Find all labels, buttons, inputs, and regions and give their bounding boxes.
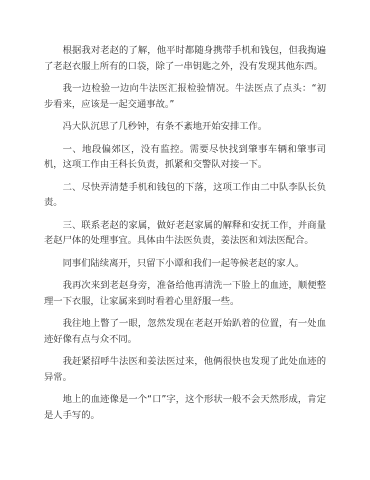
paragraph: 我一边检验一边向牛法医汇报检验情况。牛法医点了点头：“初步看来，应该是一起交通事… (44, 81, 326, 112)
paragraph: 地上的血迹像是一个“口”字，这个形状一般不会天然形成，肯定是人手写的。 (44, 392, 326, 423)
paragraph: 一、地段偏郊区，没有监控。需要尽快找到肇事车辆和肇事司机，这项工作由王科长负责，… (44, 142, 326, 173)
paragraph: 根据我对老赵的了解，他平时都随身携带手机和钱包，但我掏遍了老赵衣服上所有的口袋，… (44, 43, 326, 74)
paragraph: 冯大队沉思了几秒钟，有条不紊地开始安排工作。 (44, 119, 326, 135)
paragraph: 我再次来到老赵身旁，准备给他再清洗一下脸上的血迹，顺便整理一下衣服，让家属来到时… (44, 278, 326, 309)
paragraph: 二、尽快弄清楚手机和钱包的下落，这项工作由二中队李队长负责。 (44, 180, 326, 211)
paragraph: 同事们陆续离开，只留下小谭和我们一起等候老赵的家人。 (44, 256, 326, 272)
paragraph: 三、联系老赵的家属，做好老赵家属的解释和安抚工作，并商量老赵尸体的处理事宜。具体… (44, 218, 326, 249)
story-text: 根据我对老赵的了解，他平时都随身携带手机和钱包，但我掏遍了老赵衣服上所有的口袋，… (0, 0, 370, 423)
document-page: 根据我对老赵的了解，他平时都随身携带手机和钱包，但我掏遍了老赵衣服上所有的口袋，… (0, 0, 370, 480)
paragraph: 我赶紧招呼牛法医和姜法医过来，他俩很快也发现了此处血迹的异常。 (44, 354, 326, 385)
paragraph: 我往地上瞥了一眼，忽然发现在老赵开始趴着的位置，有一处血迹好像有点与众不同。 (44, 316, 326, 347)
